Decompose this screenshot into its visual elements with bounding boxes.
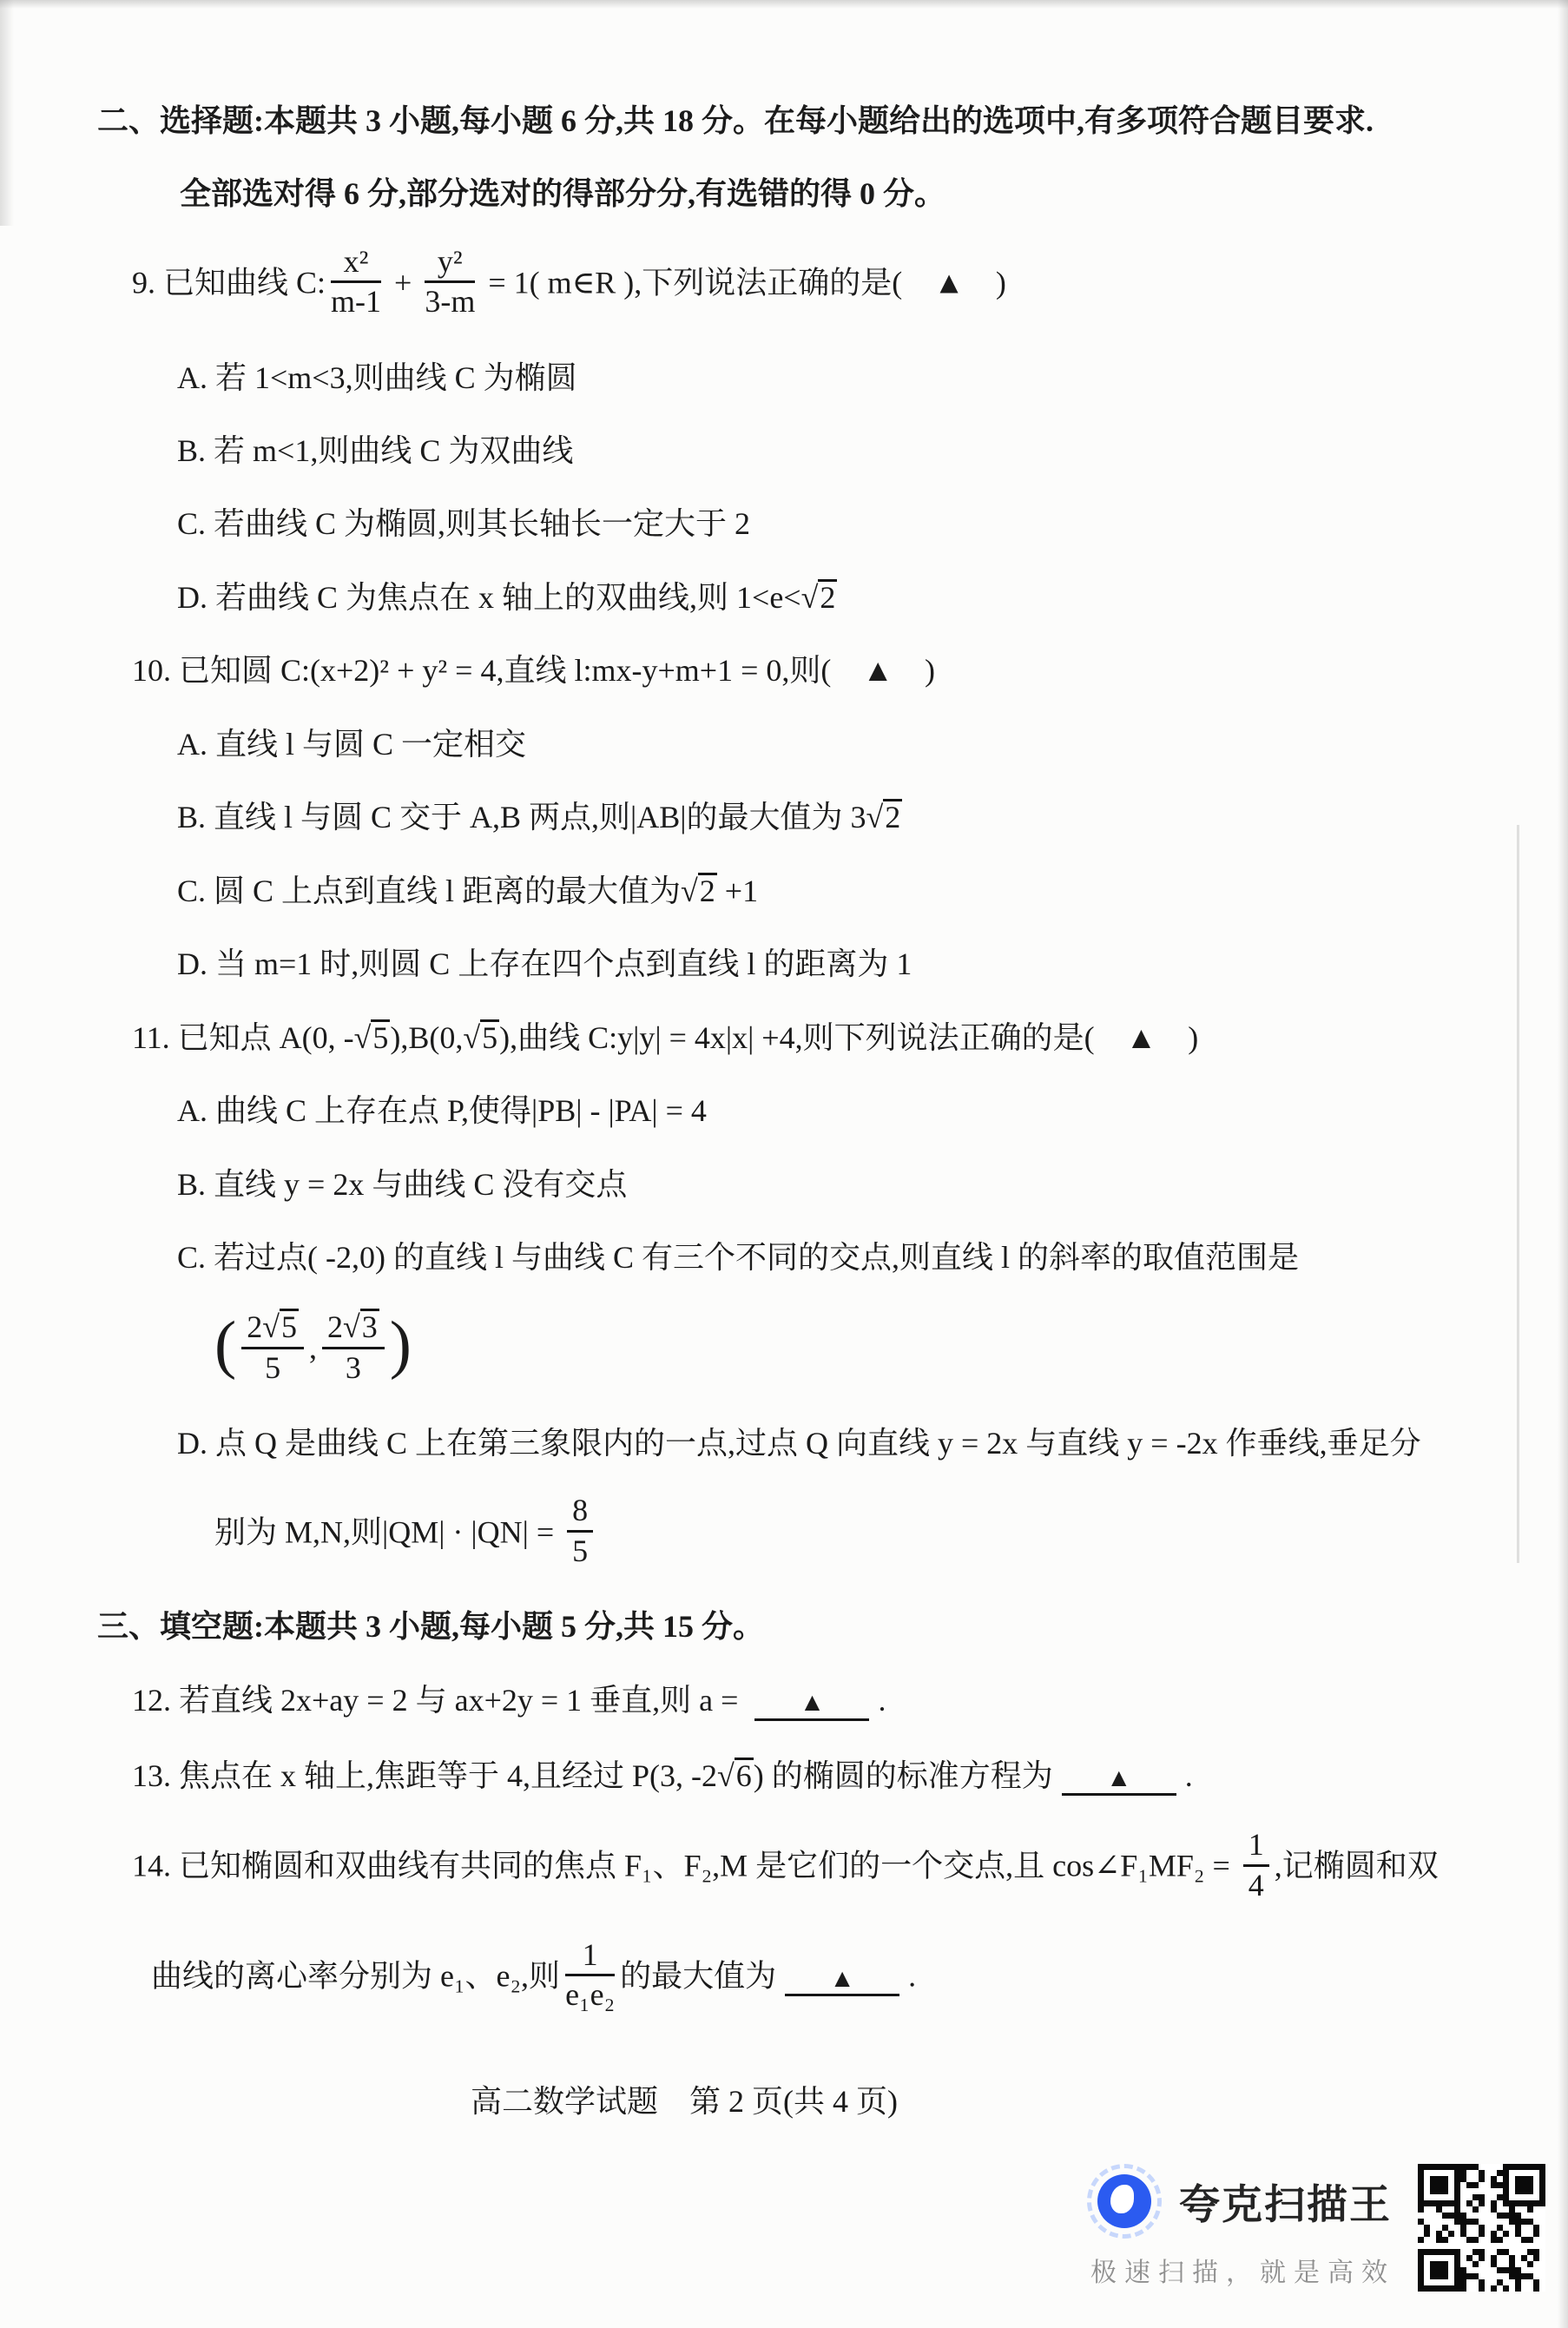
question-11-option-c-line1: C. 若过点( -2,0) 的直线 l 与曲线 C 有三个不同的交点,则直线 l… — [177, 1239, 1507, 1276]
question-9-stem: 9. 已知曲线 C:x²m-1 + y²3-m = 1( m∈R ),下列说法正… — [132, 249, 1507, 323]
quark-scanner-logo-icon — [1087, 2164, 1162, 2239]
scan-artifact-crease — [1517, 825, 1519, 1563]
sqrt-radical: √2 — [681, 874, 717, 908]
text-run: 二、选择题:本题共 3 小题,每小题 6 分,共 18 分。在每小题给出的选项中… — [97, 103, 1374, 138]
question-13: 13. 焦点在 x 轴上,焦距等于 4,且经过 P(3, -2√6) 的椭圆的标… — [132, 1758, 1507, 1797]
text-run: 9. 已知曲线 C: — [132, 266, 326, 300]
sqrt-radical: √3 — [343, 1309, 379, 1344]
text-run: A. 若 1<m<3,则曲线 C 为椭圆 — [177, 360, 577, 395]
sqrt-radical: √5 — [463, 1020, 499, 1055]
question-9-option-d: D. 若曲线 C 为焦点在 x 轴上的双曲线,则 1<e<√2 — [177, 579, 1507, 616]
text-run: B. 若 m<1,则曲线 C 为双曲线 — [177, 433, 573, 468]
question-14-line2: 曲线的离心率分别为 e₁、e₂,则1e₁e₂的最大值为▲. — [151, 1942, 1507, 2016]
text-run: A. 直线 l 与圆 C 一定相交 — [177, 727, 526, 762]
question-11-option-c-line2: (2√55,2√33) — [214, 1313, 1507, 1389]
question-14-line1: 14. 已知椭圆和双曲线有共同的焦点 F₁、F₂,M 是它们的一个交点,且 co… — [132, 1832, 1507, 1906]
fraction: 85 — [562, 1494, 598, 1568]
text-run: C. 若曲线 C 为椭圆,则其长轴长一定大于 2 — [177, 506, 750, 541]
text-run: , — [309, 1330, 317, 1365]
scan-artifact-top-edge — [0, 0, 1568, 9]
scanner-app-name: 夸克扫描王 — [1179, 2173, 1392, 2231]
text-run: ( — [214, 1309, 236, 1381]
scanner-watermark-text-block: 夸克扫描王 极速扫描，就是高效 — [1087, 2164, 1395, 2289]
fraction: 1e₁e₂ — [560, 1939, 620, 2013]
sqrt-radical: √5 — [262, 1309, 299, 1344]
sqrt-radical: √2 — [801, 580, 838, 615]
fraction: y²3-m — [419, 246, 480, 320]
answer-blank: ▲ — [1062, 1764, 1176, 1797]
fraction: x²m-1 — [326, 246, 386, 320]
question-10-option-b: B. 直线 l 与圆 C 交于 A,B 两点,则|AB|的最大值为 3√2 — [177, 799, 1507, 835]
scanner-watermark: 夸克扫描王 极速扫描，就是高效 — [1087, 2164, 1545, 2292]
text-run: . — [878, 1683, 886, 1718]
text-run: 别为 M,N,则|QM| · |QN| = — [214, 1514, 562, 1549]
fraction: 2√55 — [236, 1309, 309, 1385]
text-run: 13. 焦点在 x 轴上,焦距等于 4,且经过 P(3, -2√6) 的椭圆的标… — [132, 1758, 1053, 1793]
question-9-option-c: C. 若曲线 C 为椭圆,则其长轴长一定大于 2 — [177, 505, 1507, 542]
text-run: 三、填空题:本题共 3 小题,每小题 5 分,共 15 分。 — [97, 1609, 764, 1644]
scan-artifact-right-edge — [1558, 0, 1568, 2328]
question-11-option-d-line2: 别为 M,N,则|QM| · |QN| = 85 — [214, 1499, 1507, 1573]
scanner-tagline: 极速扫描，就是高效 — [1090, 2251, 1395, 2289]
sqrt-radical: √5 — [354, 1020, 391, 1055]
exam-content: 二、选择题:本题共 3 小题,每小题 6 分,共 18 分。在每小题给出的选项中… — [97, 102, 1507, 2053]
question-10-option-c: C. 圆 C 上点到直线 l 距离的最大值为√2 +1 — [177, 873, 1507, 909]
text-run: B. 直线 l 与圆 C 交于 A,B 两点,则|AB|的最大值为 3√2 — [177, 800, 902, 834]
text-run: 全部选对得 6 分,部分选对的得部分分,有选错的得 0 分。 — [180, 176, 945, 211]
text-run: ,记椭圆和双 — [1275, 1849, 1439, 1883]
text-run: 10. 已知圆 C:(x+2)² + y² = 4,直线 l:mx-y+m+1 … — [132, 653, 935, 688]
text-run: ) — [390, 1309, 412, 1381]
text-run: C. 若过点( -2,0) 的直线 l 与曲线 C 有三个不同的交点,则直线 l… — [177, 1240, 1299, 1275]
page-footer: 高二数学试题 第 2 页(共 4 页) — [0, 2077, 1468, 2121]
fraction: 2√33 — [317, 1309, 390, 1385]
text-run: + — [386, 266, 419, 300]
question-10-stem: 10. 已知圆 C:(x+2)² + y² = 4,直线 l:mx-y+m+1 … — [132, 652, 1507, 689]
question-11-option-b: B. 直线 y = 2x 与曲线 C 没有交点 — [177, 1166, 1507, 1203]
sqrt-radical: √2 — [866, 800, 902, 834]
question-12: 12. 若直线 2x+ay = 2 与 ax+2y = 1 垂直,则 a = ▲… — [132, 1682, 1507, 1721]
text-run: D. 若曲线 C 为焦点在 x 轴上的双曲线,则 1<e<√2 — [177, 580, 837, 615]
answer-blank: ▲ — [785, 1964, 899, 1997]
text-run: . — [1185, 1758, 1193, 1793]
text-run: B. 直线 y = 2x 与曲线 C 没有交点 — [177, 1167, 627, 1202]
text-run: 曲线的离心率分别为 e₁、e₂,则 — [151, 1959, 560, 1994]
text-run: A. 曲线 C 上存在点 P,使得|PB| - |PA| = 4 — [177, 1093, 707, 1128]
question-11-option-a: A. 曲线 C 上存在点 P,使得|PB| - |PA| = 4 — [177, 1092, 1507, 1129]
question-11-option-d-line1: D. 点 Q 是曲线 C 上在第三象限内的一点,过点 Q 向直线 y = 2x … — [177, 1425, 1507, 1461]
mc-section-header-line2: 全部选对得 6 分,部分选对的得部分分,有选错的得 0 分。 — [180, 175, 1507, 212]
question-11-stem: 11. 已知点 A(0, -√5),B(0,√5),曲线 C:y|y| = 4x… — [132, 1019, 1507, 1056]
mc-section-header-line1: 二、选择题:本题共 3 小题,每小题 6 分,共 18 分。在每小题给出的选项中… — [97, 102, 1507, 139]
text-run: 14. 已知椭圆和双曲线有共同的焦点 F₁、F₂,M 是它们的一个交点,且 co… — [132, 1849, 1238, 1883]
answer-blank: ▲ — [754, 1688, 869, 1721]
sqrt-radical: √6 — [717, 1758, 754, 1793]
text-run: = 1( m∈R ),下列说法正确的是( ▲ ) — [480, 266, 1006, 300]
question-10-option-a: A. 直线 l 与圆 C 一定相交 — [177, 726, 1507, 762]
scan-artifact-left-edge — [0, 0, 14, 226]
text-run: D. 当 m=1 时,则圆 C 上存在四个点到直线 l 的距离为 1 — [177, 946, 912, 981]
quark-blue-core-icon — [1097, 2174, 1151, 2228]
text-run: 11. 已知点 A(0, -√5),B(0,√5),曲线 C:y|y| = 4x… — [132, 1020, 1198, 1055]
question-9-option-a: A. 若 1<m<3,则曲线 C 为椭圆 — [177, 359, 1507, 396]
qr-code — [1418, 2164, 1545, 2292]
fraction: 14 — [1238, 1829, 1275, 1903]
text-run: D. 点 Q 是曲线 C 上在第三象限内的一点,过点 Q 向直线 y = 2x … — [177, 1426, 1421, 1461]
scanned-exam-page: 二、选择题:本题共 3 小题,每小题 6 分,共 18 分。在每小题给出的选项中… — [0, 0, 1568, 2328]
fill-section-header: 三、填空题:本题共 3 小题,每小题 5 分,共 15 分。 — [97, 1608, 1507, 1645]
text-run: . — [908, 1959, 916, 1994]
text-run: 的最大值为 — [620, 1959, 776, 1994]
text-run: 12. 若直线 2x+ay = 2 与 ax+2y = 1 垂直,则 a = — [132, 1683, 746, 1718]
question-10-option-d: D. 当 m=1 时,则圆 C 上存在四个点到直线 l 的距离为 1 — [177, 946, 1507, 982]
question-9-option-b: B. 若 m<1,则曲线 C 为双曲线 — [177, 432, 1507, 469]
text-run: C. 圆 C 上点到直线 l 距离的最大值为√2 +1 — [177, 874, 758, 908]
